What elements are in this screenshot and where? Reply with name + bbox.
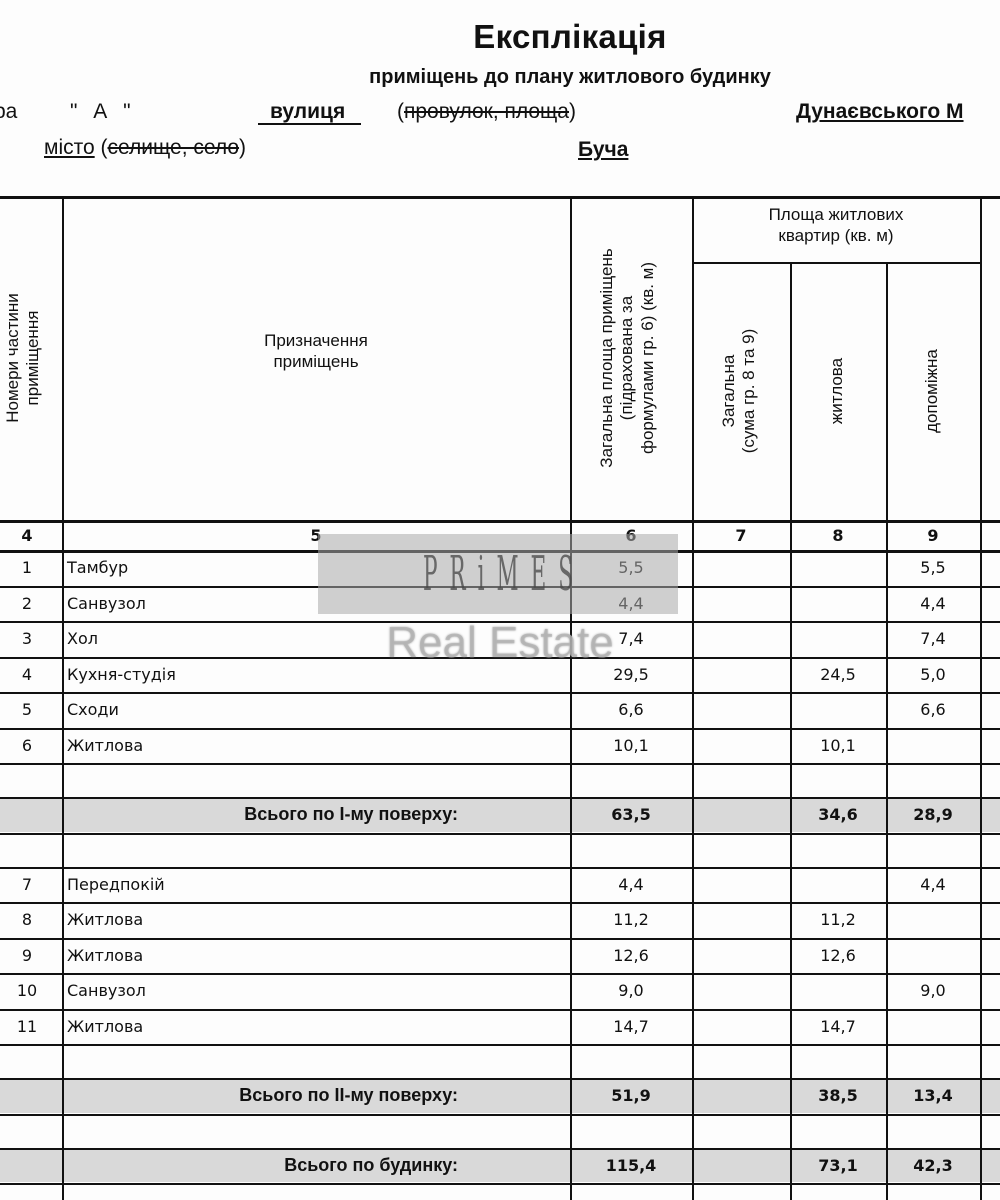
room-auxiliary-area bbox=[886, 902, 980, 938]
room-number: 6 bbox=[0, 728, 62, 764]
watermark-letter: E bbox=[531, 546, 547, 602]
explication-table: Номери частиниприміщенняПризначенняпримі… bbox=[0, 196, 1000, 1200]
room-apt-total bbox=[692, 728, 790, 764]
document-title: Експлікація bbox=[0, 18, 1000, 56]
room-apt-total bbox=[692, 657, 790, 693]
total-apt-value bbox=[692, 1148, 790, 1184]
watermark-logo: PRiMES bbox=[417, 534, 579, 614]
room-living-area: 14,7 bbox=[790, 1009, 886, 1045]
total-apt-value bbox=[692, 797, 790, 833]
column-number: 9 bbox=[886, 520, 980, 550]
paren-open: ( bbox=[397, 100, 404, 123]
room-living-area: 24,5 bbox=[790, 657, 886, 693]
room-name: Житлова bbox=[67, 902, 570, 938]
room-total-area: 6,6 bbox=[570, 692, 692, 728]
table-top-border bbox=[0, 196, 1000, 199]
room-number: 11 bbox=[0, 1009, 62, 1045]
room-auxiliary-area: 9,0 bbox=[886, 973, 980, 1009]
watermark-letter: i bbox=[478, 546, 485, 602]
watermark-letter: S bbox=[558, 546, 573, 602]
room-total-area: 12,6 bbox=[570, 938, 692, 974]
column-number: 8 bbox=[790, 520, 886, 550]
header-line: квартир (кв. м) bbox=[692, 225, 980, 246]
room-apt-total bbox=[692, 621, 790, 657]
room-auxiliary-area: 5,5 bbox=[886, 550, 980, 586]
room-total-area: 11,2 bbox=[570, 902, 692, 938]
total-apt-value bbox=[692, 1078, 790, 1114]
total-auxiliary-value: 28,9 bbox=[886, 797, 980, 833]
room-apt-total bbox=[692, 938, 790, 974]
room-auxiliary-area: 5,0 bbox=[886, 657, 980, 693]
header-total-area: Загальна площа приміщень(підрахована заф… bbox=[597, 200, 665, 516]
room-name: Житлова bbox=[67, 938, 570, 974]
header-line: приміщень bbox=[62, 351, 570, 372]
total-auxiliary-value: 42,3 bbox=[886, 1148, 980, 1184]
header-apt-auxiliary: допоміжна bbox=[922, 267, 944, 515]
settlement-type: місто bbox=[44, 136, 95, 159]
room-auxiliary-area: 7,4 bbox=[886, 621, 980, 657]
room-number: 1 bbox=[0, 550, 62, 586]
total-row-label: Всього по І-му поверху: bbox=[62, 797, 458, 833]
total-living-value: 38,5 bbox=[790, 1078, 886, 1114]
room-name: Житлова bbox=[67, 728, 570, 764]
room-apt-total bbox=[692, 867, 790, 903]
room-auxiliary-area bbox=[886, 728, 980, 764]
total-area-value: 51,9 bbox=[570, 1078, 692, 1114]
column-number: 7 bbox=[692, 520, 790, 550]
header-line: формулами гр. 6) (кв. м) bbox=[638, 200, 658, 516]
watermark-letter: M bbox=[496, 546, 518, 602]
total-row-label: Всього по будинку: bbox=[62, 1148, 458, 1184]
header-purpose: Призначенняприміщень bbox=[62, 330, 570, 373]
street-type: вулиця bbox=[258, 100, 361, 124]
room-apt-total bbox=[692, 973, 790, 1009]
room-living-area bbox=[790, 973, 886, 1009]
room-total-area: 10,1 bbox=[570, 728, 692, 764]
letter-prefix: ра bbox=[0, 100, 17, 124]
column-number: 4 bbox=[0, 520, 62, 550]
building-letter: " А " bbox=[70, 100, 131, 124]
room-living-area: 11,2 bbox=[790, 902, 886, 938]
row-divider bbox=[0, 833, 1000, 835]
room-living-area bbox=[790, 586, 886, 622]
column-border bbox=[980, 196, 982, 1200]
room-name: Передпокій bbox=[67, 867, 570, 903]
total-living-value: 73,1 bbox=[790, 1148, 886, 1184]
header-line: (підрахована за bbox=[617, 200, 637, 516]
room-number: 8 bbox=[0, 902, 62, 938]
header-line: Призначення bbox=[62, 330, 570, 351]
total-area-value: 63,5 bbox=[570, 797, 692, 833]
settlement: місто (селище, село) bbox=[44, 136, 246, 160]
room-apt-total bbox=[692, 902, 790, 938]
room-auxiliary-area bbox=[886, 1009, 980, 1045]
street-name: Дунаєвського М bbox=[796, 100, 964, 124]
watermark-letter: R bbox=[449, 546, 465, 602]
header-apartments-group: Площа житловихквартир (кв. м) bbox=[692, 204, 980, 247]
watermark-subtitle: Real Estate bbox=[330, 618, 670, 668]
room-total-area: 4,4 bbox=[570, 867, 692, 903]
room-number: 3 bbox=[0, 621, 62, 657]
room-living-area bbox=[790, 550, 886, 586]
room-number: 5 bbox=[0, 692, 62, 728]
header-line: Площа житлових bbox=[692, 204, 980, 225]
room-auxiliary-area: 4,4 bbox=[886, 586, 980, 622]
total-living-value: 34,6 bbox=[790, 797, 886, 833]
paren-close: ) bbox=[569, 100, 576, 123]
room-auxiliary-area: 4,4 bbox=[886, 867, 980, 903]
room-name: Житлова bbox=[67, 1009, 570, 1045]
row-divider bbox=[0, 1114, 1000, 1116]
watermark-letter: P bbox=[423, 546, 438, 602]
header-line: приміщення bbox=[23, 196, 43, 520]
room-apt-total bbox=[692, 692, 790, 728]
room-living-area: 10,1 bbox=[790, 728, 886, 764]
header-line: Загальна площа приміщень bbox=[597, 200, 617, 516]
paren-open: ( bbox=[101, 136, 108, 159]
row-divider bbox=[0, 1044, 1000, 1046]
total-auxiliary-value: 13,4 bbox=[886, 1078, 980, 1114]
room-name: Санвузол bbox=[67, 973, 570, 1009]
room-name: Сходи bbox=[67, 692, 570, 728]
row-divider bbox=[0, 763, 1000, 765]
room-living-area bbox=[790, 867, 886, 903]
header-apt-living: житлова bbox=[827, 267, 849, 515]
room-number: 9 bbox=[0, 938, 62, 974]
paren-close: ) bbox=[239, 136, 246, 159]
room-number: 7 bbox=[0, 867, 62, 903]
room-auxiliary-area: 6,6 bbox=[886, 692, 980, 728]
room-apt-total bbox=[692, 550, 790, 586]
room-total-area: 9,0 bbox=[570, 973, 692, 1009]
header-line: Номери частини bbox=[3, 196, 23, 520]
room-total-area: 14,7 bbox=[570, 1009, 692, 1045]
subheader-divider bbox=[692, 262, 980, 264]
total-row-label: Всього по ІІ-му поверху: bbox=[62, 1078, 458, 1114]
header-line: Загальна bbox=[719, 267, 739, 515]
city-name: Буча bbox=[578, 138, 628, 162]
settlement-alt-struck: селище, село bbox=[108, 136, 240, 159]
room-living-area bbox=[790, 621, 886, 657]
room-number: 10 bbox=[0, 973, 62, 1009]
document-subtitle: приміщень до плану житлового будинку bbox=[0, 66, 1000, 89]
header-line: (сума гр. 8 та 9) bbox=[739, 267, 759, 515]
total-area-value: 115,4 bbox=[570, 1148, 692, 1184]
room-number: 4 bbox=[0, 657, 62, 693]
room-living-area bbox=[790, 692, 886, 728]
room-apt-total bbox=[692, 586, 790, 622]
row-divider bbox=[0, 1183, 1000, 1185]
street-alt-struck: провулок, площа bbox=[404, 100, 569, 123]
street-type-label: вулиця bbox=[258, 100, 361, 125]
street-alternatives: (провулок, площа) bbox=[397, 100, 576, 124]
room-living-area: 12,6 bbox=[790, 938, 886, 974]
room-apt-total bbox=[692, 1009, 790, 1045]
header-apt-total: Загальна(сума гр. 8 та 9) bbox=[719, 267, 763, 515]
room-number: 2 bbox=[0, 586, 62, 622]
room-auxiliary-area bbox=[886, 938, 980, 974]
header-room-number: Номери частиниприміщення bbox=[3, 196, 47, 520]
